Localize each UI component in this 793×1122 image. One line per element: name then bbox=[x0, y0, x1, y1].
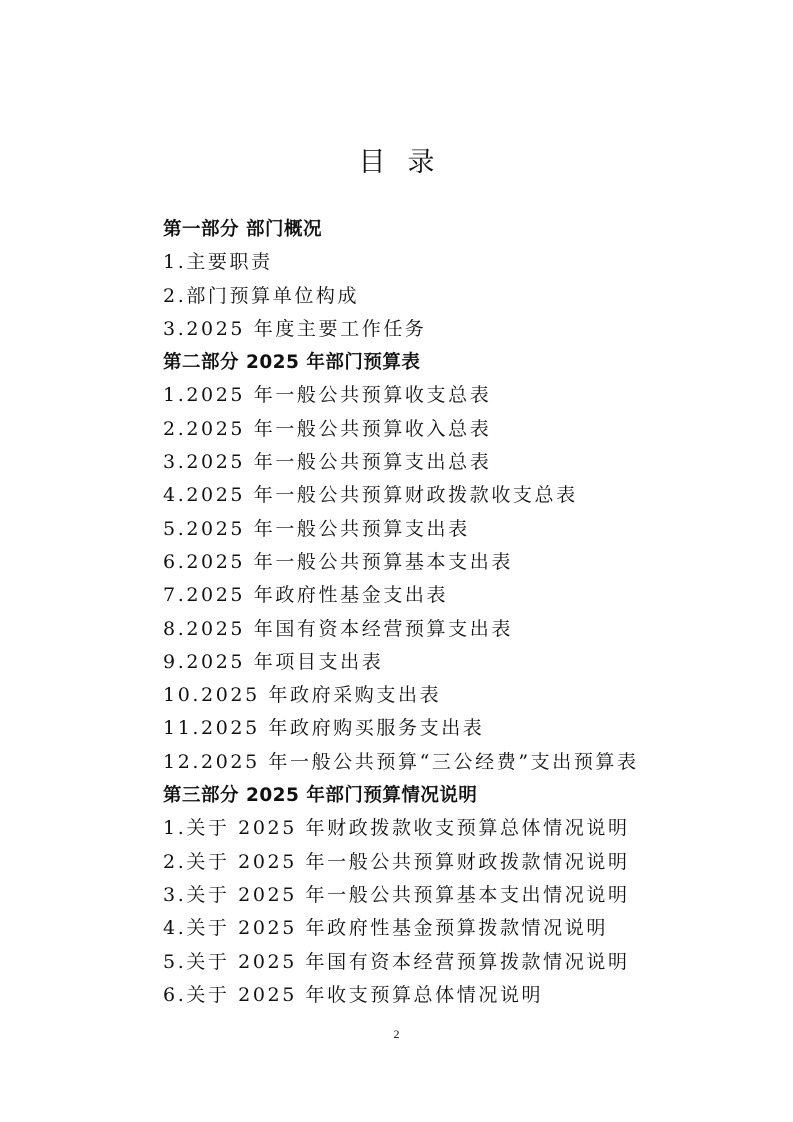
toc-item[interactable]: 11.2025 年政府购买服务支出表 bbox=[163, 712, 683, 745]
toc-item[interactable]: 4.关于 2025 年政府性基金预算拨款情况说明 bbox=[163, 912, 683, 945]
toc-item[interactable]: 3.2025 年一般公共预算支出总表 bbox=[163, 446, 683, 479]
toc-item[interactable]: 3.关于 2025 年一般公共预算基本支出情况说明 bbox=[163, 879, 683, 912]
toc-item[interactable]: 1.关于 2025 年财政拨款收支预算总体情况说明 bbox=[163, 812, 683, 845]
toc-item[interactable]: 6.关于 2025 年收支预算总体情况说明 bbox=[163, 979, 683, 1012]
toc-item[interactable]: 1.2025 年一般公共预算收支总表 bbox=[163, 379, 683, 412]
toc-item[interactable]: 4.2025 年一般公共预算财政拨款收支总表 bbox=[163, 479, 683, 512]
toc-item[interactable]: 1.主要职责 bbox=[163, 246, 683, 279]
toc-section-1[interactable]: 第一部分 部门概况 bbox=[163, 213, 683, 246]
toc-item[interactable]: 12.2025 年一般公共预算“三公经费”支出预算表 bbox=[163, 746, 683, 779]
toc-section-3[interactable]: 第三部分 2025 年部门预算情况说明 bbox=[163, 779, 683, 812]
toc-item[interactable]: 9.2025 年项目支出表 bbox=[163, 646, 683, 679]
page-number: 2 bbox=[0, 1027, 793, 1042]
toc-item[interactable]: 2.关于 2025 年一般公共预算财政拨款情况说明 bbox=[163, 846, 683, 879]
toc-item[interactable]: 6.2025 年一般公共预算基本支出表 bbox=[163, 546, 683, 579]
toc-section-2[interactable]: 第二部分 2025 年部门预算表 bbox=[163, 346, 683, 379]
toc-item[interactable]: 2.2025 年一般公共预算收入总表 bbox=[163, 413, 683, 446]
page-title: 目录 bbox=[0, 140, 793, 179]
toc-item[interactable]: 7.2025 年政府性基金支出表 bbox=[163, 579, 683, 612]
table-of-contents: 第一部分 部门概况 1.主要职责 2.部门预算单位构成 3.2025 年度主要工… bbox=[163, 213, 683, 1012]
toc-item[interactable]: 3.2025 年度主要工作任务 bbox=[163, 313, 683, 346]
toc-item[interactable]: 2.部门预算单位构成 bbox=[163, 280, 683, 313]
toc-item[interactable]: 5.2025 年一般公共预算支出表 bbox=[163, 513, 683, 546]
toc-item[interactable]: 5.关于 2025 年国有资本经营预算拨款情况说明 bbox=[163, 946, 683, 979]
toc-item[interactable]: 10.2025 年政府采购支出表 bbox=[163, 679, 683, 712]
toc-item[interactable]: 8.2025 年国有资本经营预算支出表 bbox=[163, 613, 683, 646]
